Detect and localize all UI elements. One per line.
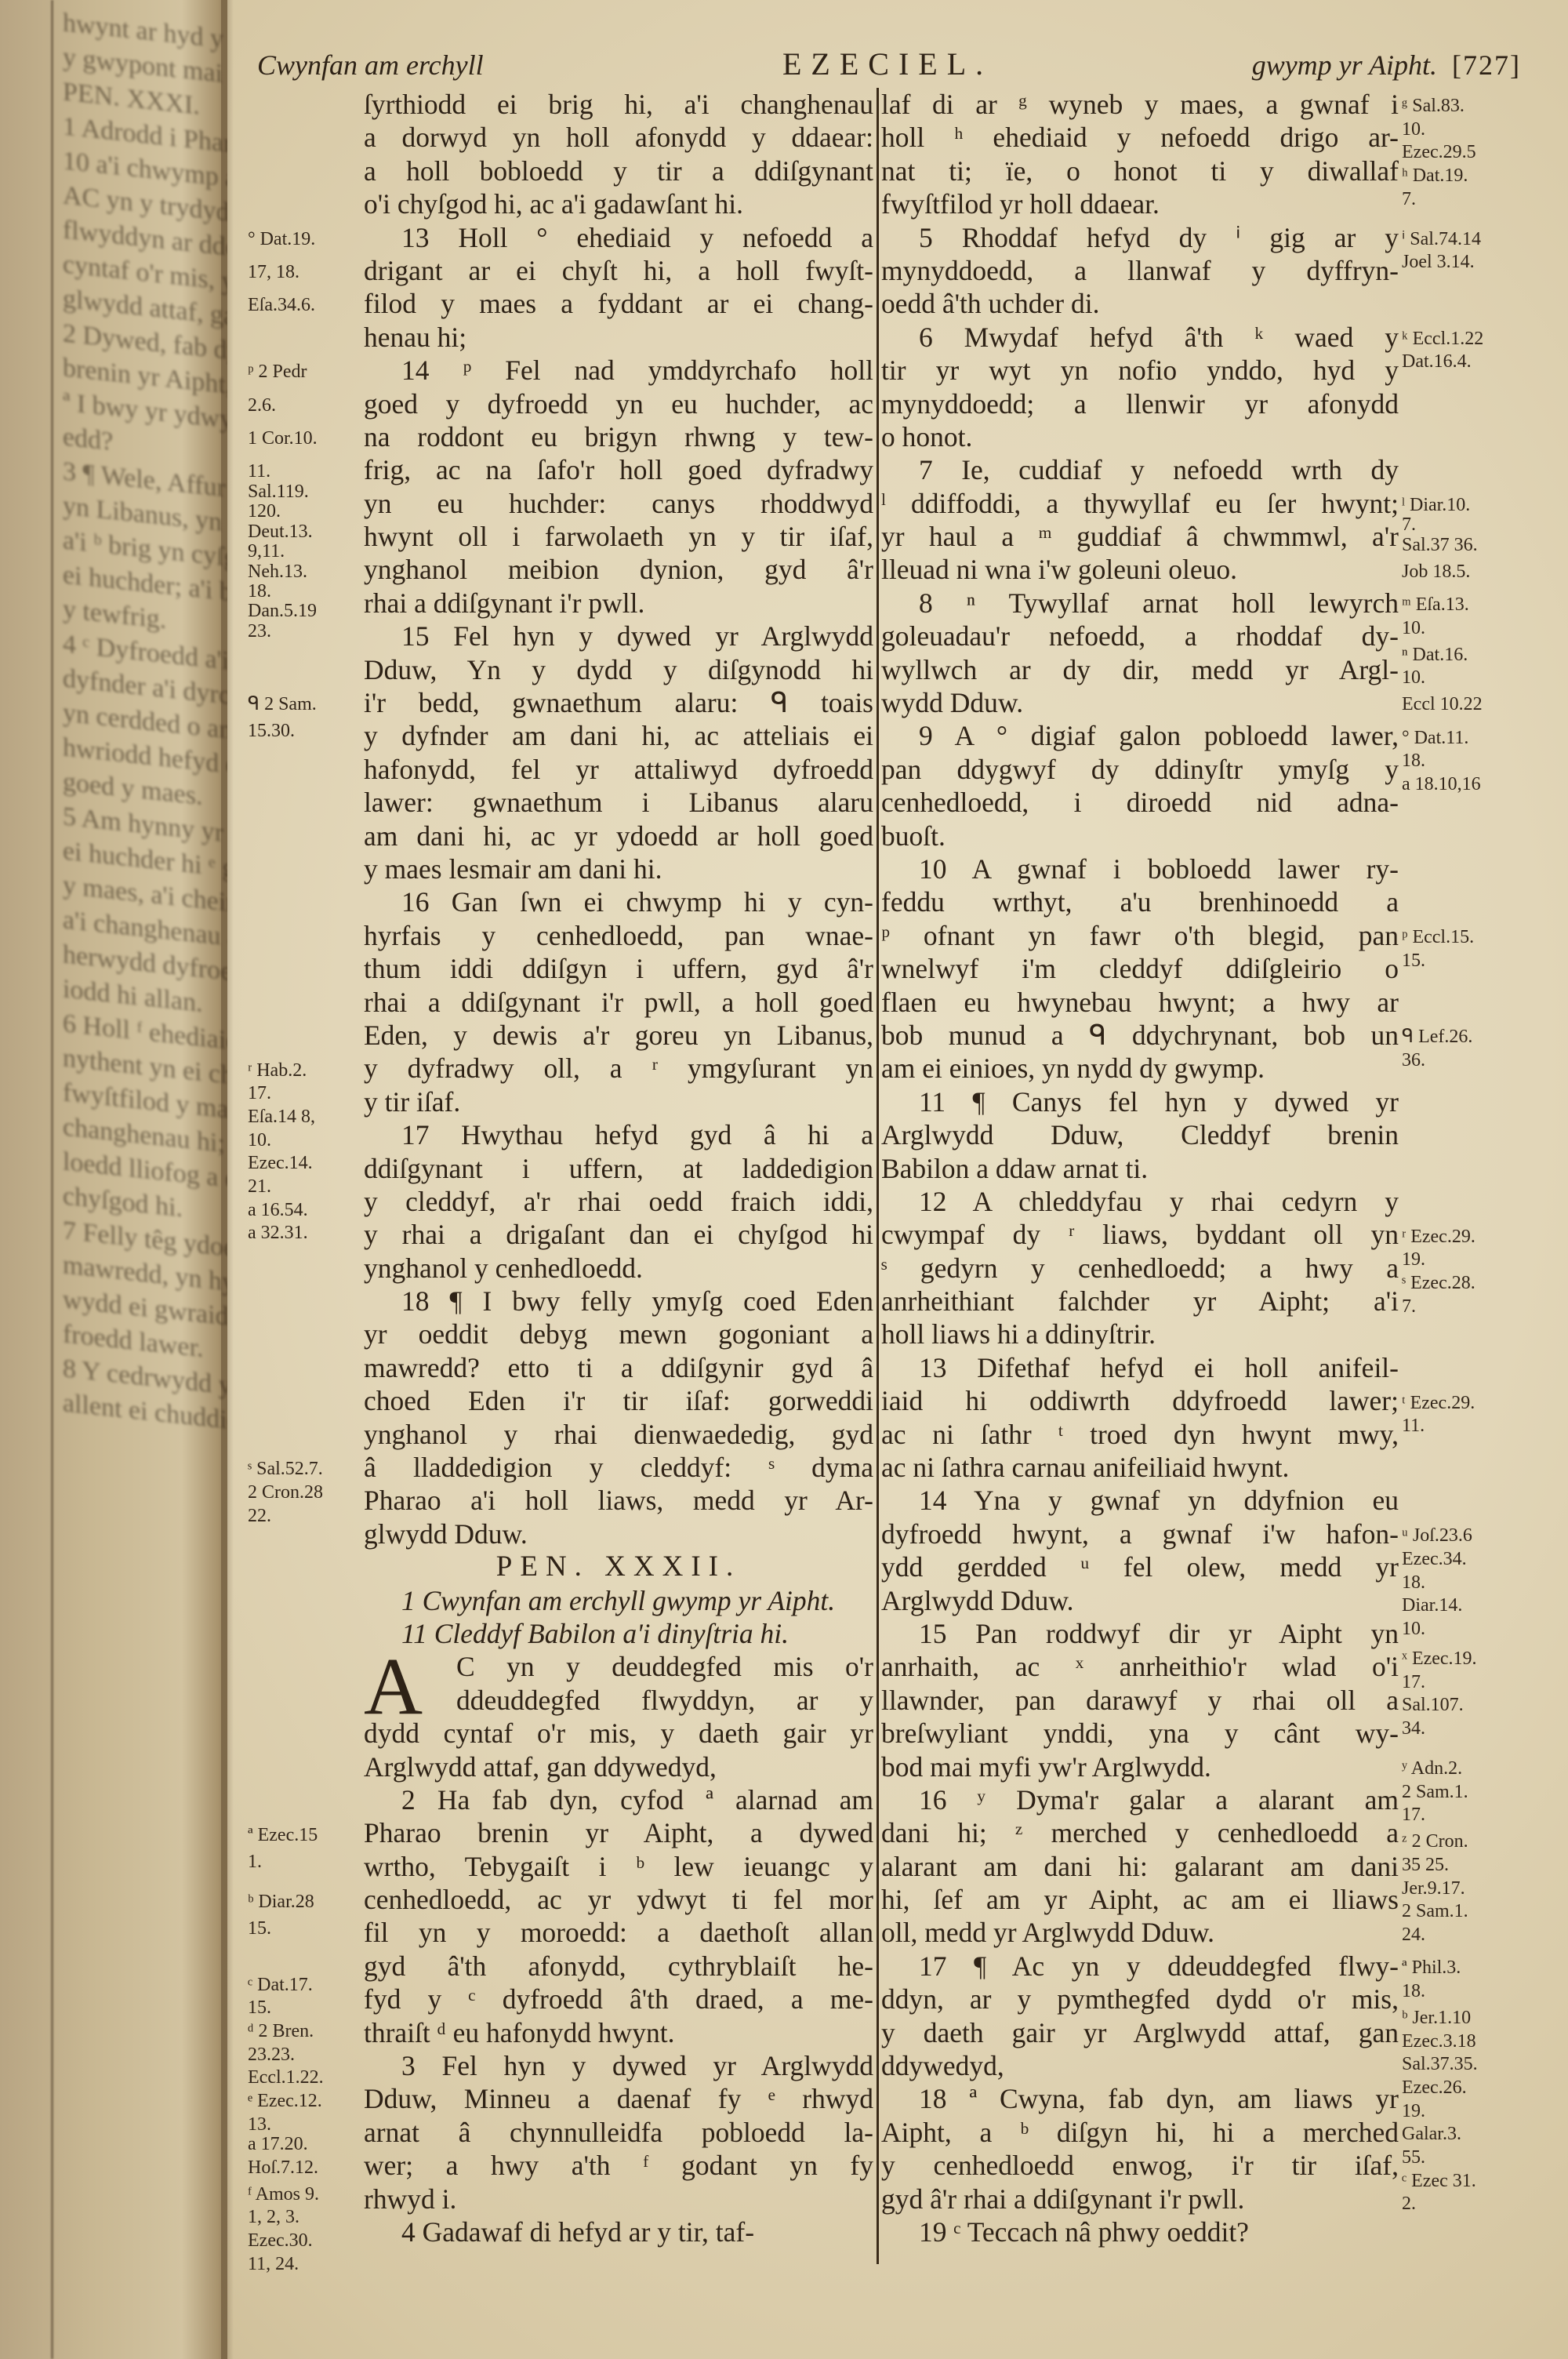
margin-reference: 2 Sam.1.	[1402, 1783, 1468, 1801]
text-line: i'r bedd, gwnaethum alaru: ᑫ toais	[364, 686, 873, 719]
text-line: o honot.	[881, 420, 1399, 453]
text-line: goed y dyfroedd yn eu huchder, ac	[364, 387, 873, 420]
margin-reference: a 18.10,16	[1402, 776, 1481, 793]
text-line: a dorwyd yn holl afonydd y ddaear:	[364, 121, 873, 154]
margin-reference: 17.	[1402, 1674, 1425, 1691]
text-line: henau hi;	[364, 321, 873, 354]
margin-reference: Joel 3.14.	[1402, 253, 1475, 271]
verse-start-line: 3 Fel hyn y dywed yr Arglwydd	[364, 2049, 873, 2082]
adjacent-page: hwynt ar hyd y gwledyddy gwypont mai myf…	[0, 0, 227, 2359]
text-line: y dyfnder am dani hi, ac atteliais ei	[364, 719, 873, 752]
text-line: am dani hi, ac yr ydoedd ar holl goed	[364, 820, 873, 852]
text-line: yr haul a ᵐ guddiaf â chwmmwl, a'r	[881, 520, 1399, 553]
margin-reference: Eſa.14 8,	[248, 1108, 315, 1125]
margin-reference: Sal.119.	[248, 483, 309, 500]
text-line: ydd gerdded ᵘ fel olew, medd yr	[881, 1550, 1399, 1583]
margin-reference: 18.	[1402, 1574, 1425, 1591]
running-head-right: gwymp yr Aipht. [727]	[1252, 49, 1521, 82]
margin-reference: ᵐ Eſa.13.	[1402, 596, 1469, 613]
text-line: drigant ar ei chyſt hi, a holl fwyſt-	[364, 254, 873, 287]
text-line: cenhedloedd, i diroedd nid adna-	[881, 786, 1399, 819]
text-line: ac ni ſathr ᵗ troed dyn hwynt mwy,	[881, 1418, 1399, 1451]
margin-reference: Ezec.29.5	[1402, 144, 1476, 161]
text-line: y maes lesmair am dani hi.	[364, 852, 873, 885]
gutter-shadow	[221, 0, 234, 2359]
text-line: Dduw, Yn y dydd y diſgynodd hi	[364, 653, 873, 686]
verse-start-line: 15 Pan roddwyf dir yr Aipht yn	[881, 1617, 1399, 1650]
margin-reference: ʸ Adn.2.	[1402, 1760, 1462, 1777]
margin-reference: ᵘ Joſ.23.6	[1402, 1527, 1472, 1544]
verse-start-line: 15 Fel hyn y dywed yr Arglwydd	[364, 620, 873, 652]
text-line: hi, ſef am yr Aipht, ac am ei lliaws	[881, 1883, 1399, 1916]
margin-reference: 22.	[248, 1507, 271, 1525]
text-line: Arglwydd attaf, gan ddywedyd,	[364, 1750, 873, 1783]
margin-reference: Ezec.14.	[248, 1154, 313, 1172]
text-line: C yn y deuddegfed mis o'r	[456, 1650, 873, 1683]
text-line: hwynt oll i farwolaeth yn y tir iſaf,	[364, 520, 873, 553]
margin-reference: ˢ Ezec.28.	[1402, 1274, 1475, 1292]
verse-start-line: 9 A ° digiaf galon pobloedd lawer,	[881, 719, 1399, 752]
text-line: rhai a ddiſgynant i'r pwll, a holl goed	[364, 986, 873, 1019]
margin-reference: 1, 2, 3.	[248, 2208, 299, 2226]
margin-reference: 34.	[1402, 1720, 1425, 1737]
text-line: Dduw, Minneu a daenaf fy ᵉ rhwyd	[364, 2082, 873, 2115]
verse-start-line: 12 A chleddyfau y rhai cedyrn y	[881, 1185, 1399, 1218]
margin-reference: ᵍ Sal.83.	[1402, 97, 1465, 114]
text-line: oedd â'th uchder di.	[881, 287, 1399, 320]
margin-reference: 19.	[1402, 1251, 1425, 1268]
text-line: cwympaf dy ʳ liaws, byddant oll yn	[881, 1218, 1399, 1251]
margin-reference: ᶜ Ezec 31.	[1402, 2172, 1476, 2190]
margin-reference: ᶜ Dat.17.	[248, 1976, 313, 1994]
margin-reference: Job 18.5.	[1402, 563, 1470, 580]
text-line: ac ni ſathra carnau anifeiliaid hwynt.	[881, 1451, 1399, 1484]
text-line: holl liaws hi a ddinyſtrir.	[881, 1318, 1399, 1350]
margin-reference: 2.6.	[248, 397, 276, 414]
text-line: mynyddoedd; a llenwir yr afonydd	[881, 387, 1399, 420]
text-line: llawnder, pan darawyf y rhai oll a	[881, 1684, 1399, 1717]
text-line: frig, ac na ſafo'r holl goed dyfradwy	[364, 453, 873, 486]
text-line: dyfroedd hwynt, a gwnaf i'w hafon-	[881, 1518, 1399, 1550]
margin-reference: 23.	[248, 623, 271, 640]
margin-reference: 17.	[1402, 1806, 1425, 1823]
verse-start-line: 5 Rhoddaf hefyd dy ⁱ gig ar y	[881, 221, 1399, 254]
margin-reference: 15.	[248, 1920, 271, 1937]
margin-reference: ᶻ 2 Cron.	[1402, 1833, 1468, 1850]
text-line: o'i chyſgod hi, ac a'i gadawſant hi.	[364, 187, 873, 220]
text-line: thraiſt ᵈ eu hafonydd hwynt.	[364, 2016, 873, 2049]
left-column: ſyrthiodd ei brig hi, a'i changhenaua do…	[364, 88, 873, 2248]
running-head-right-text: gwymp yr Aipht.	[1252, 49, 1437, 81]
text-line: y dyfradwy oll, a ʳ ymgyſurant yn	[364, 1052, 873, 1085]
margin-reference: ᵇ Jer.1.10	[1402, 2009, 1471, 2026]
margin-reference: ᵖ Eccl.15.	[1402, 929, 1474, 946]
text-line: gyd â'th afonydd, cythryblaiſt he-	[364, 1950, 873, 1983]
margin-reference: ª Ezec.15	[248, 1826, 318, 1844]
text-line: ˡ ddiffoddi, a thywyllaf eu ſer hwynt;	[881, 487, 1399, 520]
margin-reference: Dan.5.19	[248, 602, 317, 620]
text-line: mynyddoedd, a llanwaf y dyffryn-	[881, 254, 1399, 287]
text-line: ddywedyd,	[881, 2049, 1399, 2082]
verse-start-line: 11 ¶ Canys fel hyn y dywed yr	[881, 1085, 1399, 1118]
margin-reference: Hoſ.7.12.	[248, 2159, 318, 2176]
text-line: wer; a hwy a'th ᶠ godant yn fy	[364, 2149, 873, 2182]
text-line: alarant am dani hi: galarant am dani	[881, 1850, 1399, 1883]
drop-cap: A	[364, 1653, 423, 1721]
text-line: wydd Dduw.	[881, 686, 1399, 719]
margin-reference: Ezec.3.18	[1402, 2033, 1476, 2050]
text-line: feddu wrthyt, a'u brenhinoedd a	[881, 885, 1399, 918]
text-line: Pharao brenin yr Aipht, a dywed	[364, 1816, 873, 1849]
text-line: ynghanol meibion dynion, gyd â'r	[364, 553, 873, 586]
text-line: yn eu huchder: canys rhoddwyd	[364, 487, 873, 520]
text-line: choed Eden i'r tir iſaf: gorweddi	[364, 1384, 873, 1417]
text-line: filod y maes a fyddant ar ei chang-	[364, 287, 873, 320]
verse-start-line: 17 Hwythau hefyd gyd â hi a	[364, 1118, 873, 1151]
text-line: thum iddi ddiſgyn i uffern, gyd â'r	[364, 952, 873, 985]
text-line: fil yn y moroedd: a daethoſt allan	[364, 1916, 873, 1949]
margin-reference: 11, 24.	[248, 2255, 299, 2273]
margin-reference: 1.	[248, 1853, 262, 1870]
text-line: holl ʰ ehediaid y nefoedd drigo ar-	[881, 121, 1399, 154]
margin-reference: ᑫ 2 Sam.	[248, 696, 317, 713]
text-line: anrheithiant falchder yr Aipht; a'i	[881, 1285, 1399, 1318]
text-line: wyllwch ar dy dir, medd yr Argl-	[881, 653, 1399, 686]
right-column: laf di ar ᵍ wyneb y maes, a gwnaf iholl …	[881, 88, 1399, 2248]
text-line: Eden, y dewis a'r goreu yn Libanus,	[364, 1019, 873, 1052]
margin-reference: 15.	[1402, 952, 1425, 969]
verse-start-line: 10 A gwnaf i bobloedd lawer ry-	[881, 852, 1399, 885]
text-line: am ei einioes, yn nydd dy gwymp.	[881, 1052, 1399, 1085]
margin-reference: 23.23.	[248, 2046, 295, 2063]
text-line: gyd â'r rhai a ddiſgynant i'r pwll.	[881, 2183, 1399, 2215]
margin-reference: a 32.31.	[248, 1224, 308, 1241]
margin-reference: Jer.9.17.	[1402, 1880, 1465, 1897]
margin-reference: Ezec.34.	[1402, 1550, 1467, 1568]
verse-start-line: 17 ¶ Ac yn y ddeuddegfed flwy-	[881, 1950, 1399, 1983]
margin-reference: 55.	[1402, 2149, 1425, 2166]
margin-reference: ᵇ Diar.28	[248, 1893, 314, 1910]
running-head: Cwynfan am erchyll EZECIEL. gwymp yr Aip…	[249, 45, 1521, 85]
text-line: dani hi; ᶻ merched y cenhedloedd a	[881, 1816, 1399, 1849]
margin-reference: Deut.13.	[248, 523, 313, 540]
text-line: fwyſtfilod yr holl ddaear.	[881, 187, 1399, 220]
margin-reference: ᵈ 2 Bren.	[248, 2023, 314, 2040]
text-line: laf di ar ᵍ wyneb y maes, a gwnaf i	[881, 88, 1399, 121]
text-line: oll, medd yr Arglwydd Dduw.	[881, 1916, 1399, 1949]
text-line: mawredd? etto ti a ddiſgynir gyd â	[364, 1351, 873, 1384]
text-line: wrtho, Tebygaiſt i ᵇ lew ieuangc y	[364, 1850, 873, 1883]
text-line: rhwyd i.	[364, 2183, 873, 2215]
margin-reference: 17, 18.	[248, 264, 299, 281]
text-line: y tir iſaf.	[364, 1085, 873, 1118]
text-line: hafonydd, fel yr attaliwyd dyfroedd	[364, 753, 873, 786]
margin-reference: 10.	[1402, 1620, 1425, 1637]
verse-start-line: 14 ᵖ Fel nad ymddyrchafo holl	[364, 354, 873, 387]
margin-reference: 24.	[1402, 1926, 1425, 1943]
text-line: y daeth gair yr Arglwydd attaf, gan	[881, 2016, 1399, 2049]
margin-reference: ʰ Dat.19.	[1402, 167, 1468, 184]
text-line: ˢ gedyrn y cenhedloedd; a hwy a	[881, 1252, 1399, 1285]
margin-reference: Galar.3.	[1402, 2125, 1461, 2143]
text-line: y cenhedloedd enwog, i'r tir iſaf,	[881, 2149, 1399, 2182]
text-line: lleuad ni wna i'w goleuni oleuo.	[881, 553, 1399, 586]
margin-reference: 18.	[248, 583, 271, 600]
text-line: cenhedloedd, ac yr ydwyt ti fel mor	[364, 1883, 873, 1916]
text-line: bob munud a ᑫ ddychrynant, bob un	[881, 1019, 1399, 1052]
margin-reference: Ezec.26.	[1402, 2079, 1467, 2096]
margin-reference: 21.	[248, 1178, 271, 1195]
margin-reference: 19.	[1402, 2103, 1425, 2120]
margin-reference: 1 Cor.10.	[248, 430, 318, 447]
text-line: flaen eu hwynebau hwynt; a hwy ar	[881, 986, 1399, 1019]
text-line: Arglwydd Dduw.	[881, 1584, 1399, 1617]
margin-reference: 2.	[1402, 2195, 1416, 2212]
text-line: Babilon a ddaw arnat ti.	[881, 1152, 1399, 1185]
text-line: tir yr wyt yn nofio ynddo, hyd y	[881, 354, 1399, 387]
margin-reference: ˡ Diar.10.	[1402, 496, 1470, 514]
margin-reference: Neh.13.	[248, 563, 307, 580]
column-divider	[877, 88, 879, 2264]
margin-reference: Sal.37 36.	[1402, 536, 1478, 554]
margin-reference: Ezec.30.	[248, 2232, 313, 2249]
margin-reference: 18.	[1402, 1983, 1425, 2000]
text-line: ddiſgynant i uffern, at laddedigion	[364, 1152, 873, 1185]
text-line: wnelwyf i'm cleddyf ddiſgleirio o	[881, 952, 1399, 985]
verse-start-line: 4 Gadawaf di hefyd ar y tir, taf-	[364, 2215, 873, 2248]
text-line: yr oeddit debyg mewn gogoniant a	[364, 1318, 873, 1350]
margin-reference: 7.	[1402, 516, 1416, 533]
text-line: pan ddygwyf dy ddinyſtr ymyſg y	[881, 753, 1399, 786]
text-line: bod mai myfi yw'r Arglwydd.	[881, 1750, 1399, 1783]
text-line: ynghanol y rhai dienwaededig, gyd	[364, 1418, 873, 1451]
text-line: y rhai a drigaſant dan ei chyſgod hi	[364, 1218, 873, 1251]
margin-reference: 120.	[248, 503, 281, 520]
verse-start-line: 16 Gan ſwn ei chwymp hi y cyn-	[364, 885, 873, 918]
margin-reference: 10.	[1402, 620, 1425, 637]
margin-reference: 9,11.	[248, 543, 285, 560]
text-line: arnat â chynnulleidfa pobloedd la-	[364, 2116, 873, 2149]
margin-reference: 35 25.	[1402, 1856, 1449, 1874]
text-line: ſyrthiodd ei brig hi, a'i changhenau	[364, 88, 873, 121]
text-line: ᵖ ofnant yn fawr o'th blegid, pan	[881, 919, 1399, 952]
adjacent-page-text: hwynt ar hyd y gwledyddy gwypont mai myf…	[8, 0, 220, 1437]
text-line: buoſt.	[881, 820, 1399, 852]
verse-start-line: 19 ᶜ Teccach nâ phwy oeddit?	[881, 2215, 1399, 2248]
verse-start-line: 18 ª Cwyna, fab dyn, am liaws yr	[881, 2082, 1399, 2115]
chapter-summary: 1 Cwynfan am erchyll gwymp yr Aipht.	[364, 1584, 873, 1617]
margin-reference: ⁱ Sal.74.14	[1402, 231, 1481, 248]
margin-reference: Eccl.1.22.	[248, 2069, 324, 2086]
margin-reference: ʳ Ezec.29.	[1402, 1228, 1475, 1245]
margin-reference: 2 Sam.1.	[1402, 1903, 1468, 1920]
text-line: anrhaith, ac ˣ anrheithio'r wlad o'i	[881, 1650, 1399, 1683]
text-line: nat ti; ïe, o honot ti y diwallaf	[881, 154, 1399, 187]
margin-reference: ᶠ Amos 9.	[248, 2186, 319, 2203]
margin-reference: 17.	[248, 1085, 271, 1102]
margin-reference: ⁿ Dat.16.	[1402, 646, 1468, 663]
running-head-left: Cwynfan am erchyll	[257, 49, 484, 82]
text-line: iaid hi oddiwrth ddyfroedd lawer;	[881, 1384, 1399, 1417]
margin-reference: ° Dat.19.	[248, 231, 315, 248]
text-line: goleuadau'r nefoedd, a rhoddaf dy-	[881, 620, 1399, 652]
margin-reference: 2 Cron.28	[248, 1484, 323, 1501]
margin-reference: ˢ Sal.52.7.	[248, 1460, 323, 1478]
margin-reference: ᵗ Ezec.29.	[1402, 1394, 1475, 1412]
text-line: Aipht, a ᵇ diſgyn hi, hi a merched	[881, 2116, 1399, 2149]
verse-start-line: 2 Ha fab dyn, cyfod ª alarnad am	[364, 1783, 873, 1816]
verse-start-line: 18 ¶ I bwy felly ymyſg coed Eden	[364, 1285, 873, 1318]
margin-reference: 11.	[1402, 1417, 1425, 1434]
text-line: hyrfais y cenhedloedd, pan wnae-	[364, 919, 873, 952]
text-line: glwydd Dduw.	[364, 1518, 873, 1550]
margin-reference: a 16.54.	[248, 1201, 308, 1219]
margin-reference: Eſa.34.6.	[248, 296, 315, 314]
margin-reference: 15.	[248, 1999, 271, 2016]
text-line: rhai a ddiſgynant i'r pwll.	[364, 587, 873, 620]
margin-reference: 7.	[1402, 1298, 1416, 1315]
text-line: dydd cyntaf o'r mis, y daeth gair yr	[364, 1717, 873, 1750]
margin-reference: ᵉ Ezec.12.	[248, 2092, 322, 2110]
margin-reference: 10.	[248, 1132, 271, 1149]
margin-reference: Sal.107.	[1402, 1696, 1464, 1714]
text-line: â lladdedigion y cleddyf: ˢ dyma	[364, 1451, 873, 1484]
margin-reference: ˣ Ezec.19.	[1402, 1650, 1477, 1667]
margin-reference: 10.	[1402, 121, 1425, 138]
text-line: Pharao a'i holl liaws, medd yr Ar-	[364, 1484, 873, 1517]
text-line: ddyn, ar y pymthegfed dydd o'r mis,	[881, 1983, 1399, 2016]
margin-reference: Sal.37.35.	[1402, 2055, 1478, 2073]
margin-reference: ʳ Hab.2.	[248, 1062, 307, 1079]
chapter-opening: AC yn y deuddegfed mis o'rddeuddegfed fl…	[364, 1650, 873, 1717]
book-title: EZECIEL.	[782, 45, 993, 82]
text-line: lawer: gwnaethum i Libanus alaru	[364, 786, 873, 819]
margin-reference: 18.	[1402, 752, 1425, 769]
text-line: y cleddyf, a'r rhai oedd fraich iddi,	[364, 1185, 873, 1218]
margin-reference: ᵖ 2 Pedr	[248, 363, 307, 380]
margin-reference: 11.	[248, 463, 270, 480]
margin-reference: a 17.20.	[248, 2135, 308, 2153]
text-line: ynghanol y cenhedloedd.	[364, 1252, 873, 1285]
margin-reference: Diar.14.	[1402, 1597, 1462, 1614]
page-number: [727]	[1452, 49, 1521, 81]
margin-reference: 7.	[1402, 191, 1416, 208]
text-line: ddeuddegfed flwyddyn, ar y	[456, 1684, 873, 1717]
margin-reference: ᵏ Eccl.1.22	[1402, 330, 1483, 347]
text-line: breſwyliant ynddi, yna y cânt wy-	[881, 1717, 1399, 1750]
margin-reference: Eccl 10.22	[1402, 696, 1483, 713]
margin-reference: Dat.16.4.	[1402, 353, 1472, 370]
margin-reference: 36.	[1402, 1052, 1425, 1069]
text-line: Arglwydd Dduw, Cleddyf brenin	[881, 1118, 1399, 1151]
text-line: na roddont eu brigyn rhwng y tew-	[364, 420, 873, 453]
margin-reference: ᑫ Lef.26.	[1402, 1028, 1472, 1045]
margin-reference: 15.30.	[248, 722, 295, 740]
verse-start-line: 13 Holl ° ehediaid y nefoedd a	[364, 221, 873, 254]
verse-start-line: 13 Difethaf hefyd ei holl anifeil-	[881, 1351, 1399, 1384]
chapter-summary: 11 Cleddyf Babilon a'i dinyſtria hi.	[364, 1617, 873, 1650]
verse-start-line: 16 ʸ Dyma'r galar a alarant am	[881, 1783, 1399, 1816]
margin-reference: ª Phil.3.	[1402, 1959, 1461, 1976]
verse-start-line: 8 ⁿ Tywyllaf arnat holl lewyrch	[881, 587, 1399, 620]
verse-start-line: 6 Mwydaf hefyd â'th ᵏ waed y	[881, 321, 1399, 354]
verse-start-line: 14 Yna y gwnaf yn ddyfnion eu	[881, 1484, 1399, 1517]
margin-reference: 13.	[248, 2116, 271, 2133]
margin-reference: 10.	[1402, 669, 1425, 686]
chapter-heading: PEN. XXXII.	[364, 1550, 873, 1583]
text-line: fyd y ᶜ dyfroedd â'th draed, a me-	[364, 1983, 873, 2016]
verse-start-line: 7 Ie, cuddiaf y nefoedd wrth dy	[881, 453, 1399, 486]
text-line: a holl bobloedd y tir a ddiſgynant	[364, 154, 873, 187]
margin-reference: ° Dat.11.	[1402, 729, 1468, 747]
